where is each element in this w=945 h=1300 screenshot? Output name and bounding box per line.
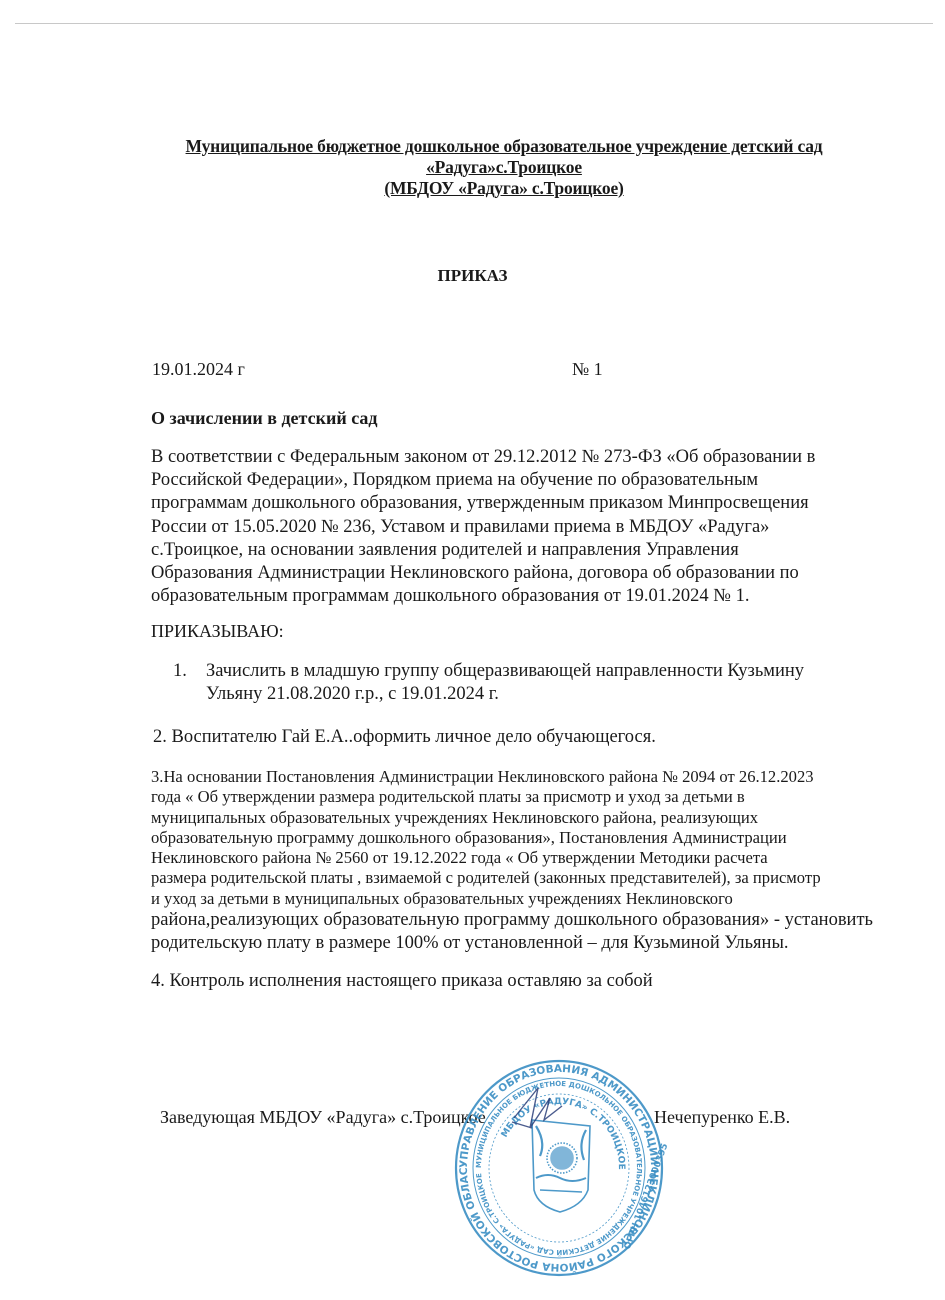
signatory-name: Нечепуренко Е.В. — [654, 1107, 790, 1128]
signatory-role: Заведующая МБДОУ «Радуга» с.Троицкое — [160, 1107, 486, 1128]
order-item-3: 3.На основании Постановления Администрац… — [151, 767, 871, 955]
document-title: ПРИКАЗ — [0, 266, 945, 286]
item-line: года « Об утверждении размера родительск… — [151, 787, 871, 807]
header-line-2: «Радуга»с.Троицкое — [140, 157, 868, 178]
item-line: Неклиновского района № 2560 от 19.12.202… — [151, 848, 871, 868]
order-item-4: 4. Контроль исполнения настоящего приказ… — [151, 971, 653, 992]
preamble-line: В соответствии с Федеральным законом от … — [151, 446, 871, 469]
item-line: размера родительской платы , взимаемой с… — [151, 868, 871, 888]
preamble-line: Российской Федерации», Порядком приема н… — [151, 469, 871, 492]
scan-edge-line — [15, 23, 933, 24]
order-number: № 1 — [572, 359, 603, 380]
preamble-line: Образования Администрации Неклиновского … — [151, 562, 871, 585]
preamble-line: программам дошкольного образования, утве… — [151, 492, 871, 515]
official-stamp: УПРАВЛЕНИЕ ОБРАЗОВАНИЯ АДМИНИСТРАЦИИ НЕК… — [452, 1058, 667, 1278]
item-number: 1. — [173, 660, 187, 683]
item-line: 3.На основании Постановления Администрац… — [151, 767, 871, 787]
item-line: и уход за детьми в муниципальных образов… — [151, 889, 871, 909]
order-date: 19.01.2024 г — [152, 359, 245, 380]
item-line: Зачислить в младшую группу общеразвивающ… — [206, 660, 804, 683]
item-line: родительскую плату в размере 100% от уст… — [151, 932, 871, 955]
preamble-paragraph: В соответствии с Федеральным законом от … — [151, 446, 871, 608]
item-line: Ульяну 21.08.2020 г.р., с 19.01.2024 г. — [206, 683, 804, 706]
preamble-line: России от 15.05.2020 № 236, Уставом и пр… — [151, 516, 871, 539]
stamp-seal-icon: УПРАВЛЕНИЕ ОБРАЗОВАНИЯ АДМИНИСТРАЦИИ НЕК… — [452, 1058, 667, 1278]
organization-header: Муниципальное бюджетное дошкольное образ… — [140, 136, 868, 199]
preamble-line: образовательным программам дошкольного о… — [151, 585, 871, 608]
item-line: района,реализующих образовательную прогр… — [151, 909, 871, 932]
preamble-line: с.Троицкое, на основании заявления родит… — [151, 539, 871, 562]
item-line: муниципальных образовательных учреждения… — [151, 808, 871, 828]
header-line-3: (МБДОУ «Радуга» с.Троицкое) — [140, 178, 868, 199]
order-word: ПРИКАЗЫВАЮ: — [151, 621, 284, 642]
header-line-1: Муниципальное бюджетное дошкольное образ… — [140, 136, 868, 157]
order-item-2: 2. Воспитателю Гай Е.А..оформить личное … — [153, 727, 656, 748]
item-line: образовательную программу дошкольного об… — [151, 828, 871, 848]
order-subject: О зачислении в детский сад — [151, 408, 378, 429]
